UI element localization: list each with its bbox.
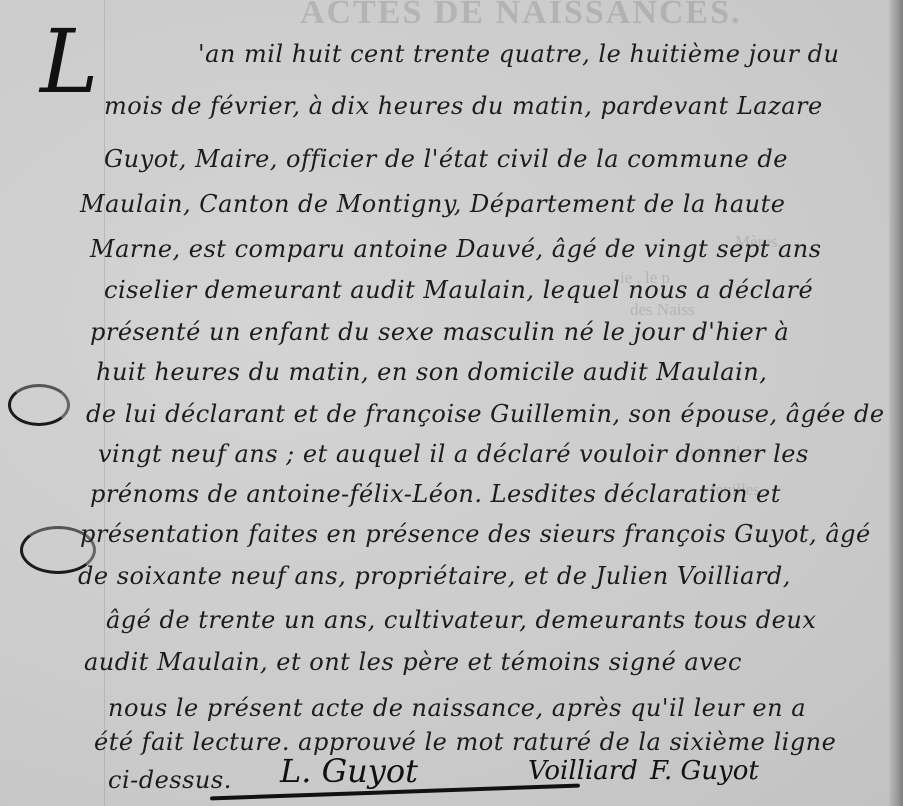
text-line: 'an mil huit cent trente quatre, le huit… [198,40,839,68]
text-line: été fait lecture. approuvé le mot raturé… [94,728,836,756]
text-line: ci-dessus. [108,766,232,794]
signature-witness: Voilliard [528,756,638,786]
document-page: ACTES DE NAISSANCES. Mères, ie , le p de… [0,0,903,806]
text-line: mois de février, à dix heures du matin, … [104,92,823,120]
text-line: nous le présent acte de naissance, après… [108,694,806,722]
text-line: vingt neuf ans ; et auquel il a déclaré … [98,440,809,468]
printed-header-bleed: ACTES DE NAISSANCES. [300,0,742,32]
text-line: huit heures du matin, en son domicile au… [96,358,767,386]
text-line: de soixante neuf ans, propriétaire, et d… [78,562,791,590]
text-line: présenté un enfant du sexe masculin né l… [90,318,789,346]
drop-cap: L [40,18,98,106]
text-line: audit Maulain, et ont les père et témoin… [84,648,742,676]
text-line: Guyot, Maire, officier de l'état civil d… [104,145,788,173]
text-line: prénoms de antoine-félix-Léon. Lesdites … [90,480,781,508]
text-line: de lui déclarant et de françoise Guillem… [86,400,885,428]
text-line: Maulain, Canton de Montigny, Département… [80,190,785,218]
page-edge [889,0,903,806]
text-line: ciselier demeurant audit Maulain, lequel… [104,276,813,304]
signature-mayor: L. Guyot [280,752,418,790]
signature-witness: F. Guyot [650,756,759,786]
text-line: âgé de trente un ans, cultivateur, demeu… [106,606,816,634]
text-line: Marne, est comparu antoine Dauvé, âgé de… [90,235,822,263]
text-line: présentation faites en présence des sieu… [80,520,871,548]
flourish-icon [8,384,70,426]
